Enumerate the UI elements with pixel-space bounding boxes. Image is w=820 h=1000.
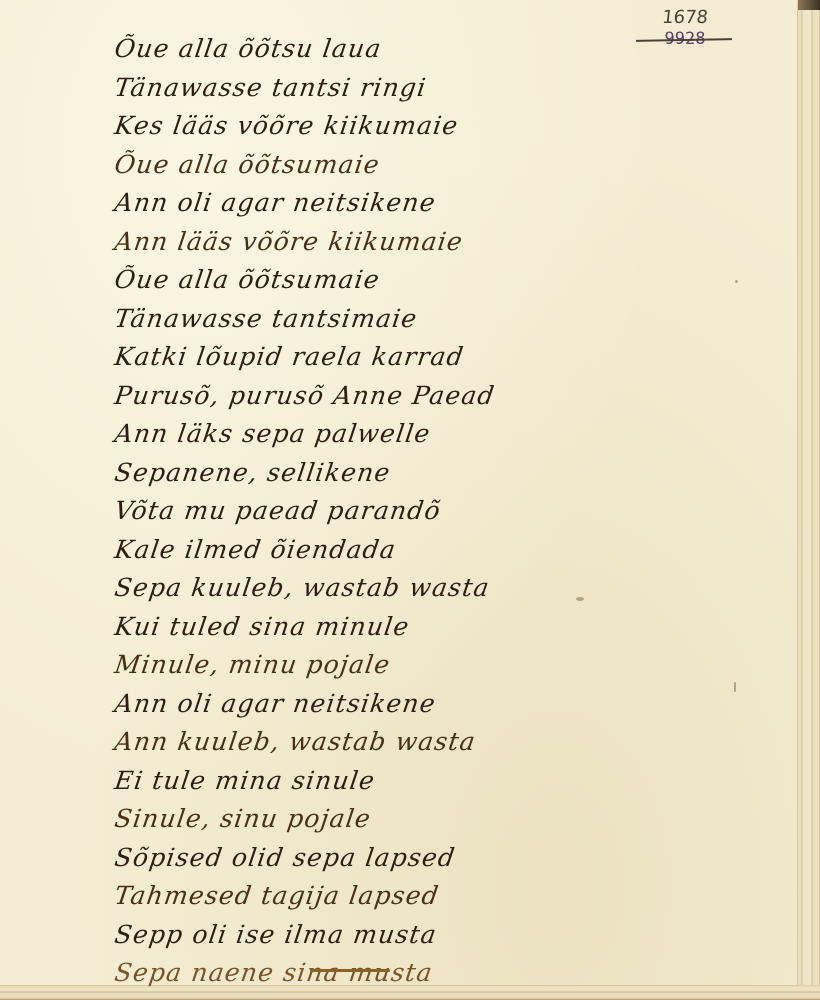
verse-line: Purusõ, purusõ Anne Paead — [112, 377, 677, 416]
verse-line: Ann oli agar neitsikene — [112, 184, 677, 223]
verse-line: Kale ilmed õiendada — [112, 531, 677, 570]
verse-line: Sepa kuuleb, wastab wasta — [112, 569, 677, 608]
catalog-number-current: 1678 — [649, 8, 721, 28]
ink-speck — [735, 280, 738, 283]
verse-line: Ann kuuleb, wastab wasta — [112, 723, 677, 762]
verse-line: Sepanene, sellikene — [112, 454, 677, 493]
verse-line: Minule, minu pojale — [112, 646, 677, 685]
manuscript-scan: 1678 9928 Õue alla õõtsu laua Tänawasse … — [0, 0, 820, 1000]
verse-line: Kes lääs võõre kiikumaie — [112, 107, 677, 146]
song-verse: Õue alla õõtsu laua Tänawasse tantsi rin… — [112, 30, 672, 993]
verse-line: Sõpised olid sepa lapsed — [112, 839, 677, 878]
verse-line: Sepp oli ise ilma musta — [112, 916, 677, 955]
verse-line: Võta mu paead parandõ — [112, 492, 677, 531]
ink-speck — [576, 597, 584, 601]
ink-speck — [734, 682, 736, 692]
verse-line: Tahmesed tagija lapsed — [112, 877, 677, 916]
verse-line: Õue alla õõtsumaie — [112, 261, 677, 300]
verse-line: Sepa naene sina musta — [112, 954, 677, 993]
manuscript-page: 1678 9928 Õue alla õõtsu laua Tänawasse … — [0, 0, 797, 985]
end-of-text-rule — [310, 969, 390, 972]
verse-line: Ann lääs võõre kiikumaie — [112, 223, 677, 262]
verse-line: Õue alla õõtsumaie — [112, 146, 677, 185]
verse-line: Ei tule mina sinule — [112, 762, 677, 801]
verse-line: Ann oli agar neitsikene — [112, 685, 677, 724]
verse-line: Sinule, sinu pojale — [112, 800, 677, 839]
verse-line: Tänawasse tantsi ringi — [112, 69, 677, 108]
verse-line: Kui tuled sina minule — [112, 608, 677, 647]
binding-corner — [798, 0, 820, 10]
page-stack-right-edge — [797, 0, 820, 1000]
verse-line: Tänawasse tantsimaie — [112, 300, 677, 339]
verse-line: Katki lõupid raela karrad — [112, 338, 677, 377]
verse-line: Õue alla õõtsu laua — [112, 30, 677, 69]
verse-line: Ann läks sepa palwelle — [112, 415, 677, 454]
